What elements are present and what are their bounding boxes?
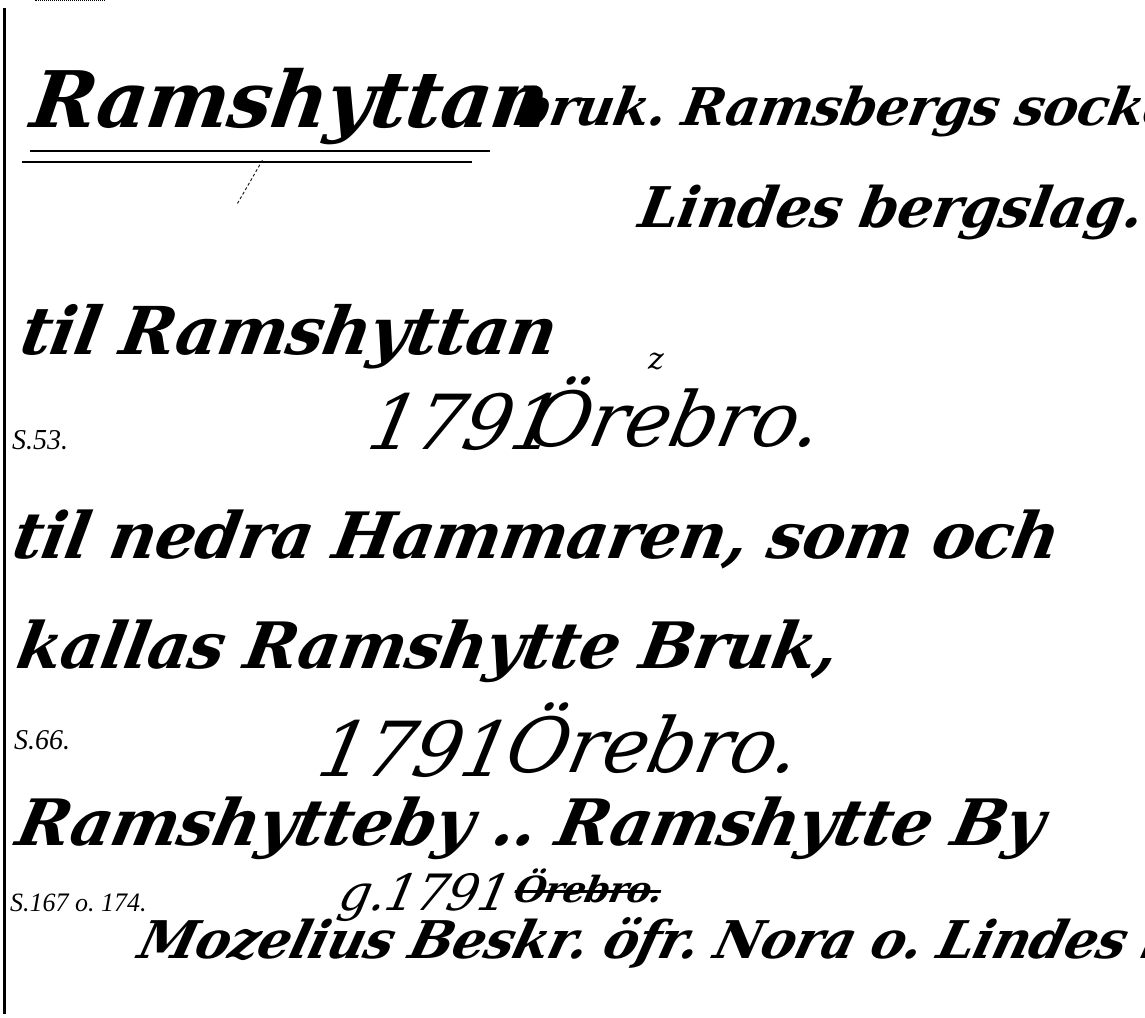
entry-2-place: Örebro. xyxy=(500,708,806,784)
heading-qualifier: bruk. Ramsbergs socken, xyxy=(510,82,1145,134)
entry-3-text: Ramshytteby .. Ramshytte By xyxy=(11,792,1049,856)
entry-3-place-struck: Örebro. xyxy=(511,872,665,908)
scan-edge-marks xyxy=(35,0,105,3)
entry-1-place: Örebro. xyxy=(522,382,828,458)
entry-3-source-note: Mozelius Beskr. öfr. Nora o. Lindes berg… xyxy=(134,915,1145,967)
entry-2-reference: S.66. xyxy=(14,725,70,757)
entry-1-reference: S.53. xyxy=(12,425,68,457)
title-underline-2 xyxy=(22,161,472,163)
entry-2-text-line-1: til nedra Hammaren, som och xyxy=(8,505,1064,569)
heading-continuation: Lindes bergslag. Härad. xyxy=(635,180,1145,236)
index-card: Ramshyttan bruk. Ramsbergs socken, Linde… xyxy=(0,0,1145,1018)
entry-1-text: til Ramshyttan xyxy=(16,298,561,364)
entry-2-year: 1791 xyxy=(312,712,518,788)
heading-title: Ramshyttan xyxy=(27,62,553,140)
entry-1-mark: z xyxy=(648,345,663,375)
entry-2-text-line-2: kallas Ramshytte Bruk, xyxy=(12,615,842,679)
left-margin-rule xyxy=(3,8,6,1014)
entry-3-reference: S.167 o. 174. xyxy=(10,888,147,918)
title-descender-stroke xyxy=(237,160,264,204)
title-underline-1 xyxy=(30,150,490,152)
